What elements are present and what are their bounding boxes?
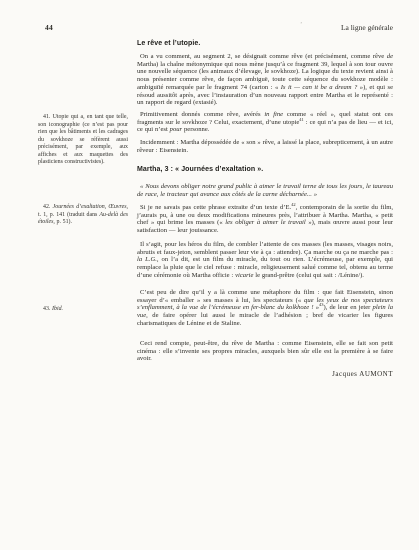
paragraph-3: Incidemment : Martha dépossédée de « son…	[137, 139, 393, 154]
footnote-43: 43. Ibid.	[38, 306, 128, 314]
paragraph-4: Si je ne savais pas cette phrase extrait…	[137, 204, 393, 235]
block-quote: « Nous devons obliger notre grand public…	[137, 183, 393, 198]
running-title: La ligne générale	[341, 23, 393, 32]
paragraph-6: C’est peu de dire qu’il y a là comme une…	[137, 289, 393, 328]
scan-artifact: ’	[300, 21, 302, 29]
section-title: Le rêve et l’utopie.	[137, 40, 393, 47]
scanned-book-page: 44 La ligne générale ’ 41. Utopie qui a,…	[0, 0, 419, 550]
footnote-42: 42. Journées d’exaltation, Œuvres, t. 1,…	[38, 204, 128, 227]
author-signature: Jacques AUMONT	[332, 370, 393, 378]
paragraph-5: Il s’agit, pour les héros du film, de co…	[137, 241, 393, 280]
paragraph-2: Primitivement donnés comme rêve, avérés …	[137, 111, 393, 134]
page-number: 44	[45, 23, 53, 32]
paragraph-7: Ceci rend compte, peut-être, du rêve de …	[137, 340, 393, 363]
paragraph-1: On a vu comment, au segment 2, se désign…	[137, 53, 393, 107]
footnote-41: 41. Utopie qui a, en tant que telle, son…	[38, 114, 128, 167]
subsection-title: Martha, 3 : « Journées d’exaltation ».	[137, 166, 393, 173]
